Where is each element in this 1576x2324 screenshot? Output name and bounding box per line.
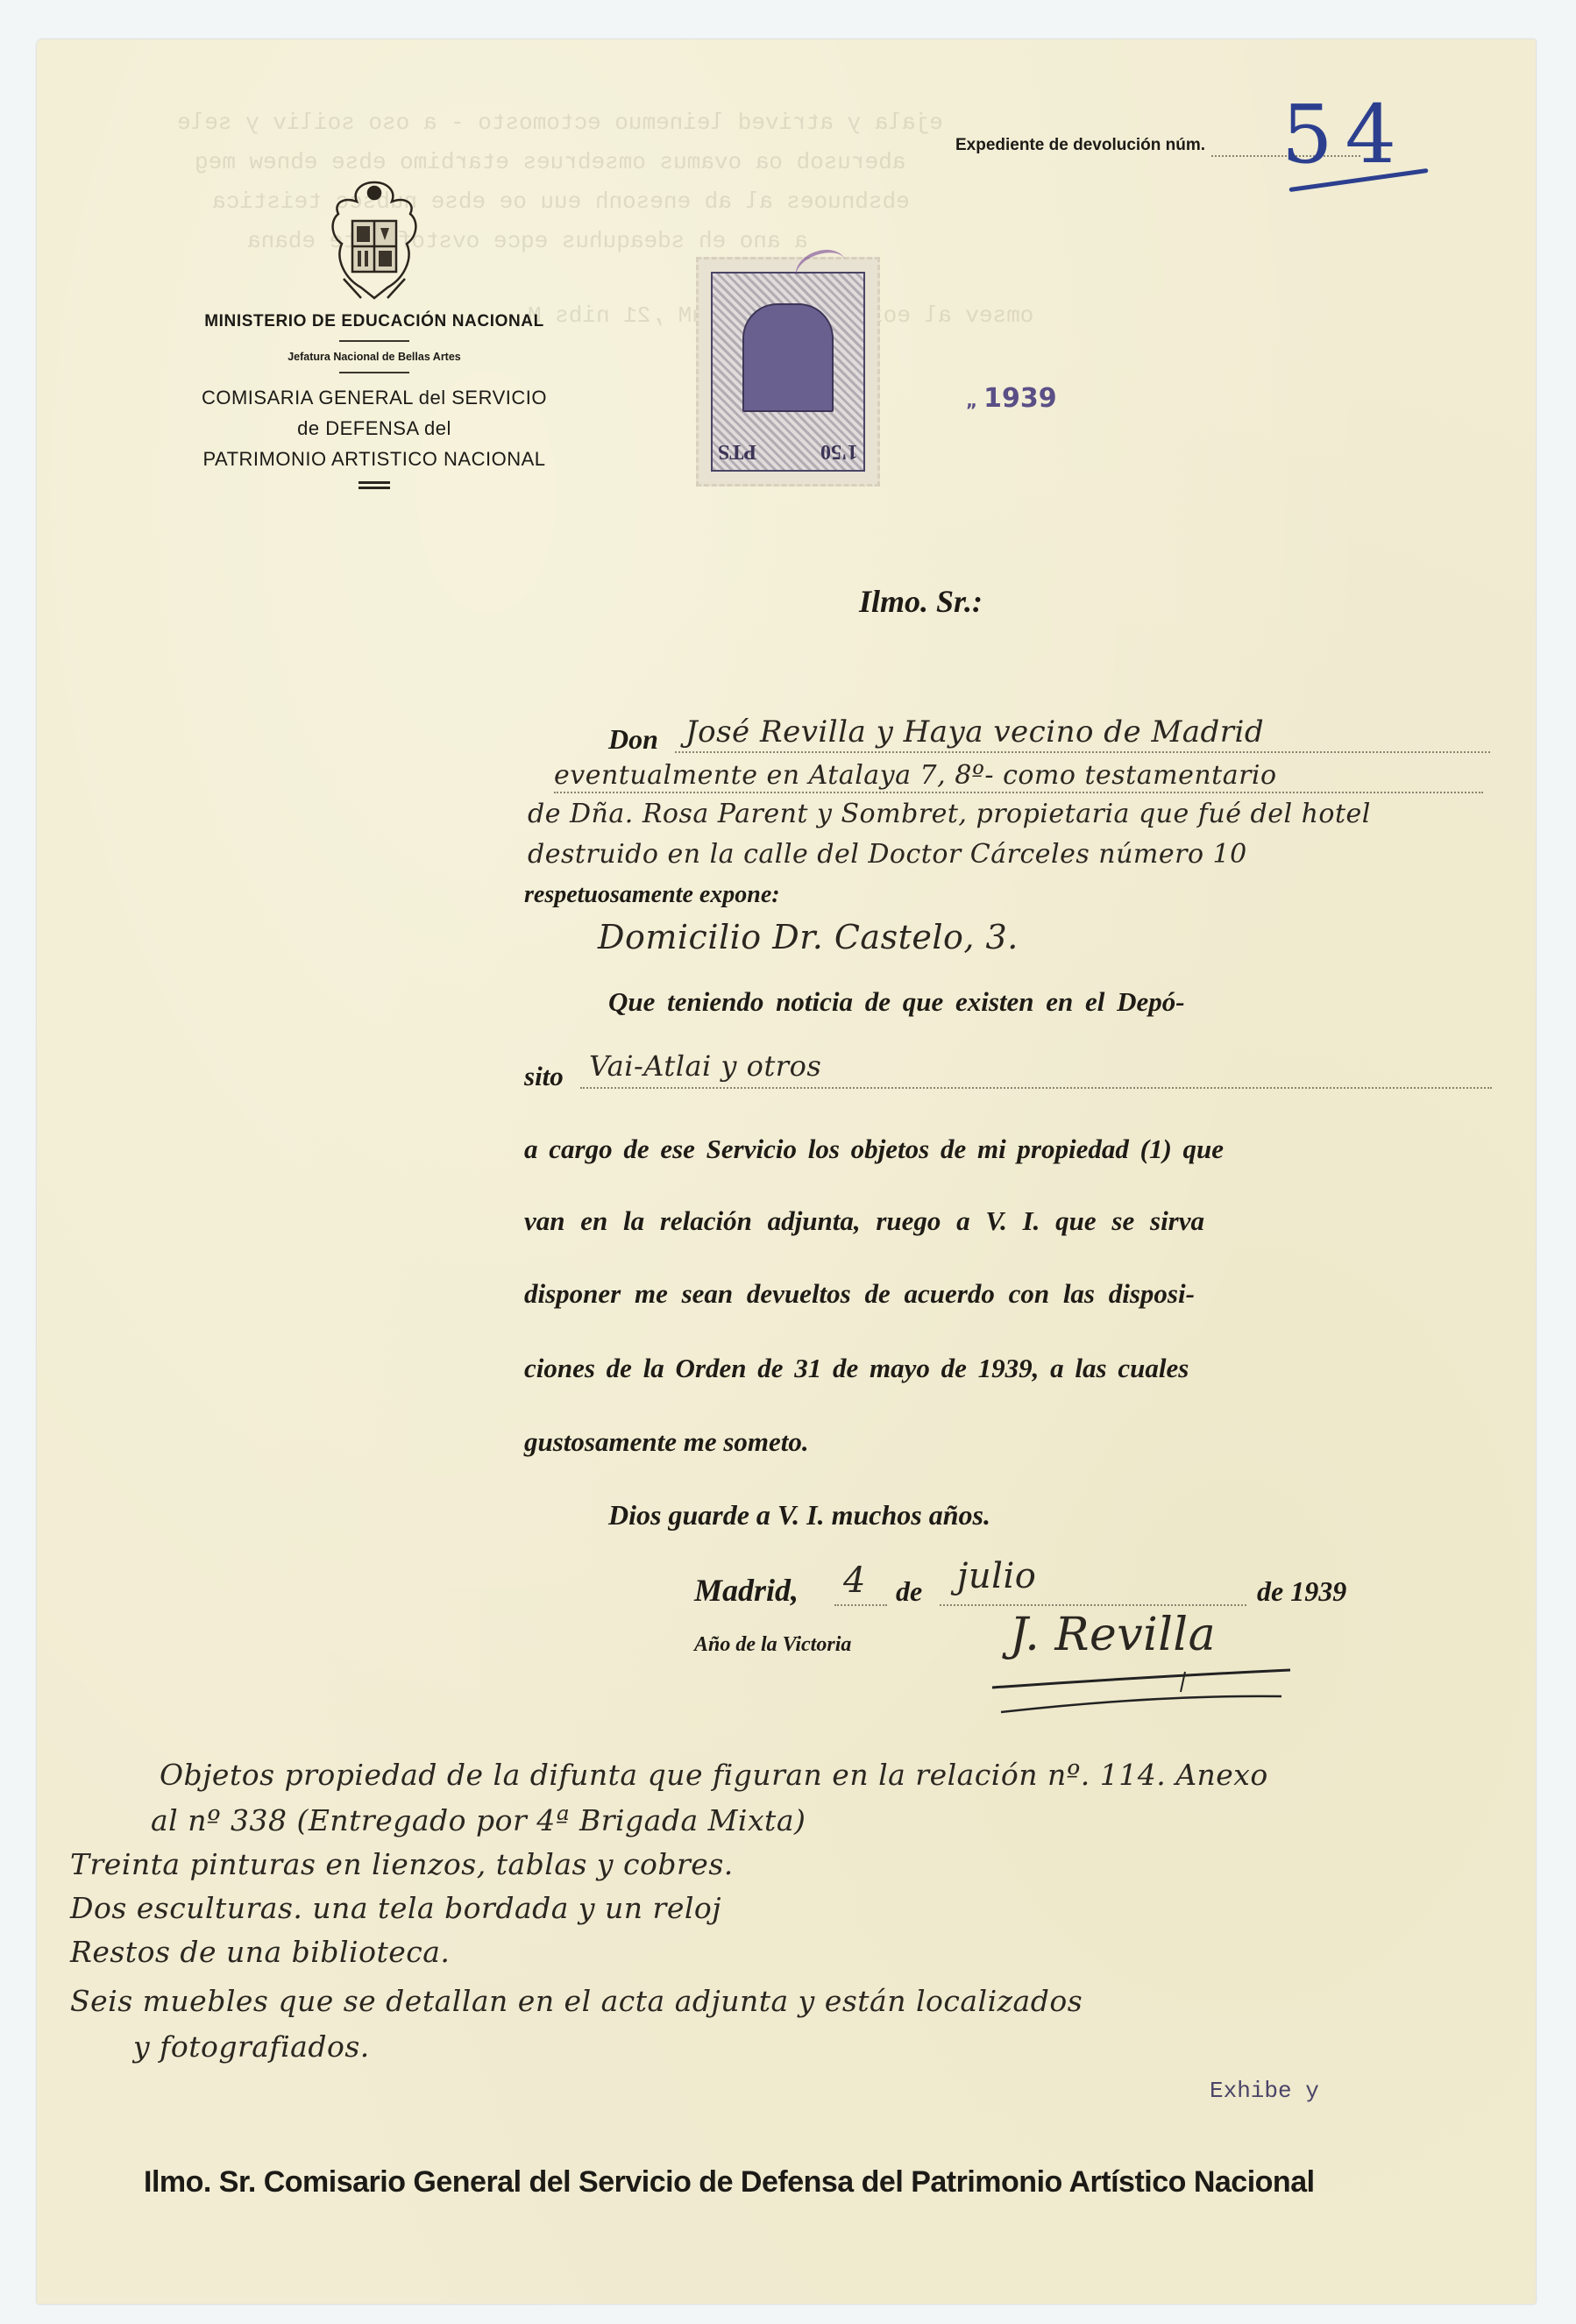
salutation: Ilmo. Sr.: [859, 583, 983, 620]
jefatura-name: Jefatura Nacional de Bellas Artes [168, 351, 580, 363]
month-dotline [940, 1604, 1246, 1606]
petitioner-handwritten-line: de Dña. Rosa Parent y Sombret, propietar… [528, 799, 1371, 829]
dateline-day: 4 [843, 1560, 866, 1601]
comisaria-line-1: COMISARIA GENERAL del SERVICIO [168, 382, 580, 413]
annotation-line: Objetos propiedad de la difunta que figu… [160, 1758, 1268, 1792]
body-line-5: disponer me sean devueltos de acuerdo co… [524, 1278, 1195, 1310]
received-date-stamp: „ 1939 [966, 383, 1057, 414]
ministry-name: MINISTERIO DE EDUCACIÓN NACIONAL [168, 312, 580, 331]
bleed-through-text: aberusob oa ovamus omsebrues etarbimo eb… [195, 149, 905, 175]
body-line-3: a cargo de ese Servicio los objetos de m… [524, 1134, 1224, 1165]
signature-flourish-icon [983, 1661, 1299, 1723]
annotation-line: Seis muebles que se detallan en el acta … [70, 1984, 1083, 2018]
dateline-de: de [896, 1575, 922, 1608]
letterhead: MINISTERIO DE EDUCACIÓN NACIONAL Jefatur… [168, 175, 580, 489]
double-rule [359, 481, 390, 489]
day-dotline [834, 1604, 887, 1606]
body-line-7: gustosamente me someto. [524, 1426, 809, 1458]
dateline-subtitle: Año de la Victoria [694, 1633, 851, 1657]
dateline-year: de 1939 [1257, 1575, 1346, 1608]
bleed-through-text: ejala y atrived leinemuo ectomosto - a o… [177, 110, 943, 136]
comisaria-line-2: de DEFENSA del [168, 413, 580, 444]
annotation-line: y fotografiados. [133, 2029, 370, 2064]
typed-note: Exhibe y [1210, 2078, 1319, 2104]
petitioner-handwritten-line: destruido en la calle del Doctor Cárcele… [528, 839, 1247, 870]
dateline-city: Madrid, [694, 1572, 799, 1609]
divider [339, 340, 409, 342]
body-line-4: van en la relación adjunta, ruego a V. I… [524, 1205, 1204, 1237]
received-year: 1939 [983, 383, 1057, 414]
petitioner-dotline [675, 751, 1490, 753]
body-line-1: Que teniendo noticia de que existen en e… [608, 986, 1185, 1018]
document-page: ejala y atrived leinemuo ectomosto - a o… [37, 39, 1536, 2304]
stamp-arch-icon [742, 303, 834, 412]
addressee-footer: Ilmo. Sr. Comisario General del Servicio… [144, 2165, 1459, 2200]
stamp-value: 1'50 [820, 439, 858, 463]
annotation-line: Dos esculturas. una tela bordada y un re… [70, 1891, 721, 1925]
annotation-line: Treinta pinturas en lienzos, tablas y co… [70, 1847, 734, 1881]
revenue-stamp: PTS 1'50 [696, 257, 880, 487]
stamp-currency: PTS [718, 439, 756, 463]
file-number-label: Expediente de devolución núm. [955, 136, 1205, 155]
annotation-line: Restos de una biblioteca. [70, 1935, 450, 1969]
file-number-value: 54 [1281, 88, 1409, 181]
comisaria-line-3: PATRIMONIO ARTISTICO NACIONAL [168, 444, 580, 474]
dotline [554, 792, 1483, 793]
deposit-handwritten: Vai-Atlai y otros [589, 1049, 821, 1083]
body-line-6: ciones de la Orden de 31 de mayo de 1939… [524, 1353, 1189, 1384]
expone-label: respetuosamente expone: [524, 881, 780, 909]
dateline-month: julio [957, 1556, 1036, 1596]
petitioner-handwritten-line: eventualmente en Atalaya 7, 8º- como tes… [554, 760, 1277, 791]
signature: J. Revilla [1010, 1609, 1216, 1661]
annotation-line: al nº 338 (Entregado por 4ª Brigada Mixt… [151, 1803, 806, 1837]
closing-formula: Dios guarde a V. I. muchos años. [608, 1499, 990, 1532]
body-line-2-prefix: sito [524, 1061, 564, 1092]
petitioner-name-handwritten: José Revilla y Haya vecino de Madrid [685, 714, 1264, 750]
domicilio-handwritten: Domicilio Dr. Castelo, 3. [598, 918, 1019, 956]
divider [339, 372, 409, 373]
petitioner-prefix: Don [608, 723, 658, 756]
coat-of-arms-icon [326, 175, 422, 307]
deposit-dotline [580, 1087, 1492, 1089]
